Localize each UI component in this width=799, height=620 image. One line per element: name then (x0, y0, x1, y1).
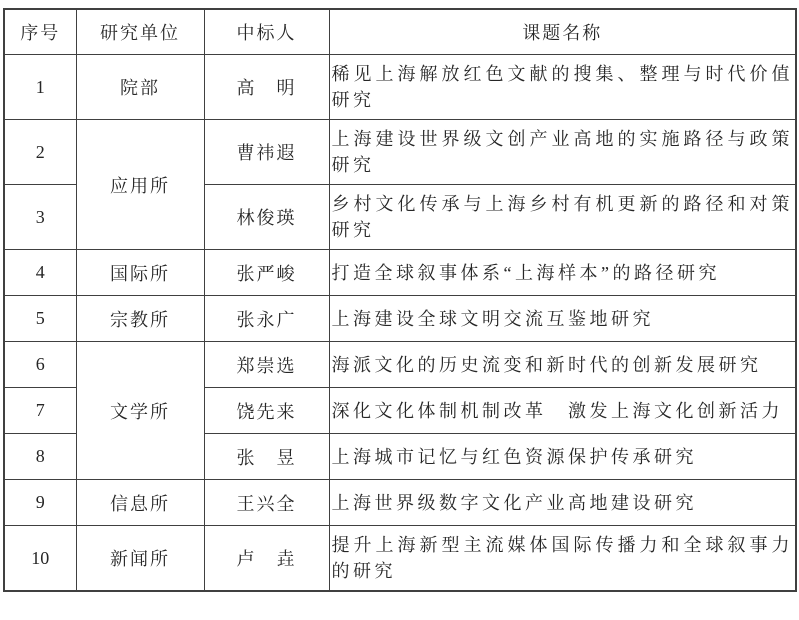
table-row: 4国际所张严峻打造全球叙事体系“上海样本”的路径研究 (4, 250, 796, 296)
project-title-cell: 上海城市记忆与红色资源保护传承研究 (329, 434, 796, 480)
serial-number-cell: 5 (4, 296, 76, 342)
header-bid-winner: 中标人 (204, 9, 329, 55)
bid-winner-cell: 林俊瑛 (204, 185, 329, 250)
table-row: 6文学所郑崇选海派文化的历史流变和新时代的创新发展研究 (4, 342, 796, 388)
table-body: 1院部高 明稀见上海解放红色文献的搜集、整理与时代价值研究2应用所曹祎遐上海建设… (4, 55, 796, 592)
bid-winner-cell: 高 明 (204, 55, 329, 120)
bid-winner-cell: 王兴全 (204, 480, 329, 526)
project-title-cell: 上海世界级数字文化产业高地建设研究 (329, 480, 796, 526)
serial-number-cell: 10 (4, 526, 76, 592)
research-unit-cell: 院部 (76, 55, 204, 120)
project-title-cell: 乡村文化传承与上海乡村有机更新的路径和对策研究 (329, 185, 796, 250)
serial-number-cell: 7 (4, 388, 76, 434)
project-title-cell: 提升上海新型主流媒体国际传播力和全球叙事力的研究 (329, 526, 796, 592)
serial-number-cell: 1 (4, 55, 76, 120)
header-serial-number: 序号 (4, 9, 76, 55)
project-title-cell: 稀见上海解放红色文献的搜集、整理与时代价值研究 (329, 55, 796, 120)
project-title-cell: 打造全球叙事体系“上海样本”的路径研究 (329, 250, 796, 296)
bid-winner-cell: 张永广 (204, 296, 329, 342)
project-title-cell: 上海建设世界级文创产业高地的实施路径与政策研究 (329, 120, 796, 185)
bid-winner-cell: 张 昱 (204, 434, 329, 480)
serial-number-cell: 9 (4, 480, 76, 526)
table-row: 1院部高 明稀见上海解放红色文献的搜集、整理与时代价值研究 (4, 55, 796, 120)
research-unit-cell: 宗教所 (76, 296, 204, 342)
project-title-cell: 深化文化体制机制改革 激发上海文化创新活力 (329, 388, 796, 434)
serial-number-cell: 2 (4, 120, 76, 185)
header-research-unit: 研究单位 (76, 9, 204, 55)
table-row: 9信息所王兴全上海世界级数字文化产业高地建设研究 (4, 480, 796, 526)
bid-winner-cell: 饶先来 (204, 388, 329, 434)
document-page: 序号 研究单位 中标人 课题名称 1院部高 明稀见上海解放红色文献的搜集、整理与… (0, 0, 799, 620)
research-unit-cell: 新闻所 (76, 526, 204, 592)
bid-winner-cell: 郑崇选 (204, 342, 329, 388)
table-header-row: 序号 研究单位 中标人 课题名称 (4, 9, 796, 55)
research-unit-cell: 文学所 (76, 342, 204, 480)
serial-number-cell: 3 (4, 185, 76, 250)
header-project-title: 课题名称 (329, 9, 796, 55)
serial-number-cell: 6 (4, 342, 76, 388)
bid-results-table: 序号 研究单位 中标人 课题名称 1院部高 明稀见上海解放红色文献的搜集、整理与… (3, 8, 797, 592)
project-title-cell: 海派文化的历史流变和新时代的创新发展研究 (329, 342, 796, 388)
research-unit-cell: 信息所 (76, 480, 204, 526)
serial-number-cell: 4 (4, 250, 76, 296)
project-title-cell: 上海建设全球文明交流互鉴地研究 (329, 296, 796, 342)
bid-winner-cell: 卢 垚 (204, 526, 329, 592)
research-unit-cell: 国际所 (76, 250, 204, 296)
serial-number-cell: 8 (4, 434, 76, 480)
table-row: 2应用所曹祎遐上海建设世界级文创产业高地的实施路径与政策研究 (4, 120, 796, 185)
bid-winner-cell: 曹祎遐 (204, 120, 329, 185)
research-unit-cell: 应用所 (76, 120, 204, 250)
bid-winner-cell: 张严峻 (204, 250, 329, 296)
table-row: 10新闻所卢 垚提升上海新型主流媒体国际传播力和全球叙事力的研究 (4, 526, 796, 592)
table-row: 5宗教所张永广上海建设全球文明交流互鉴地研究 (4, 296, 796, 342)
